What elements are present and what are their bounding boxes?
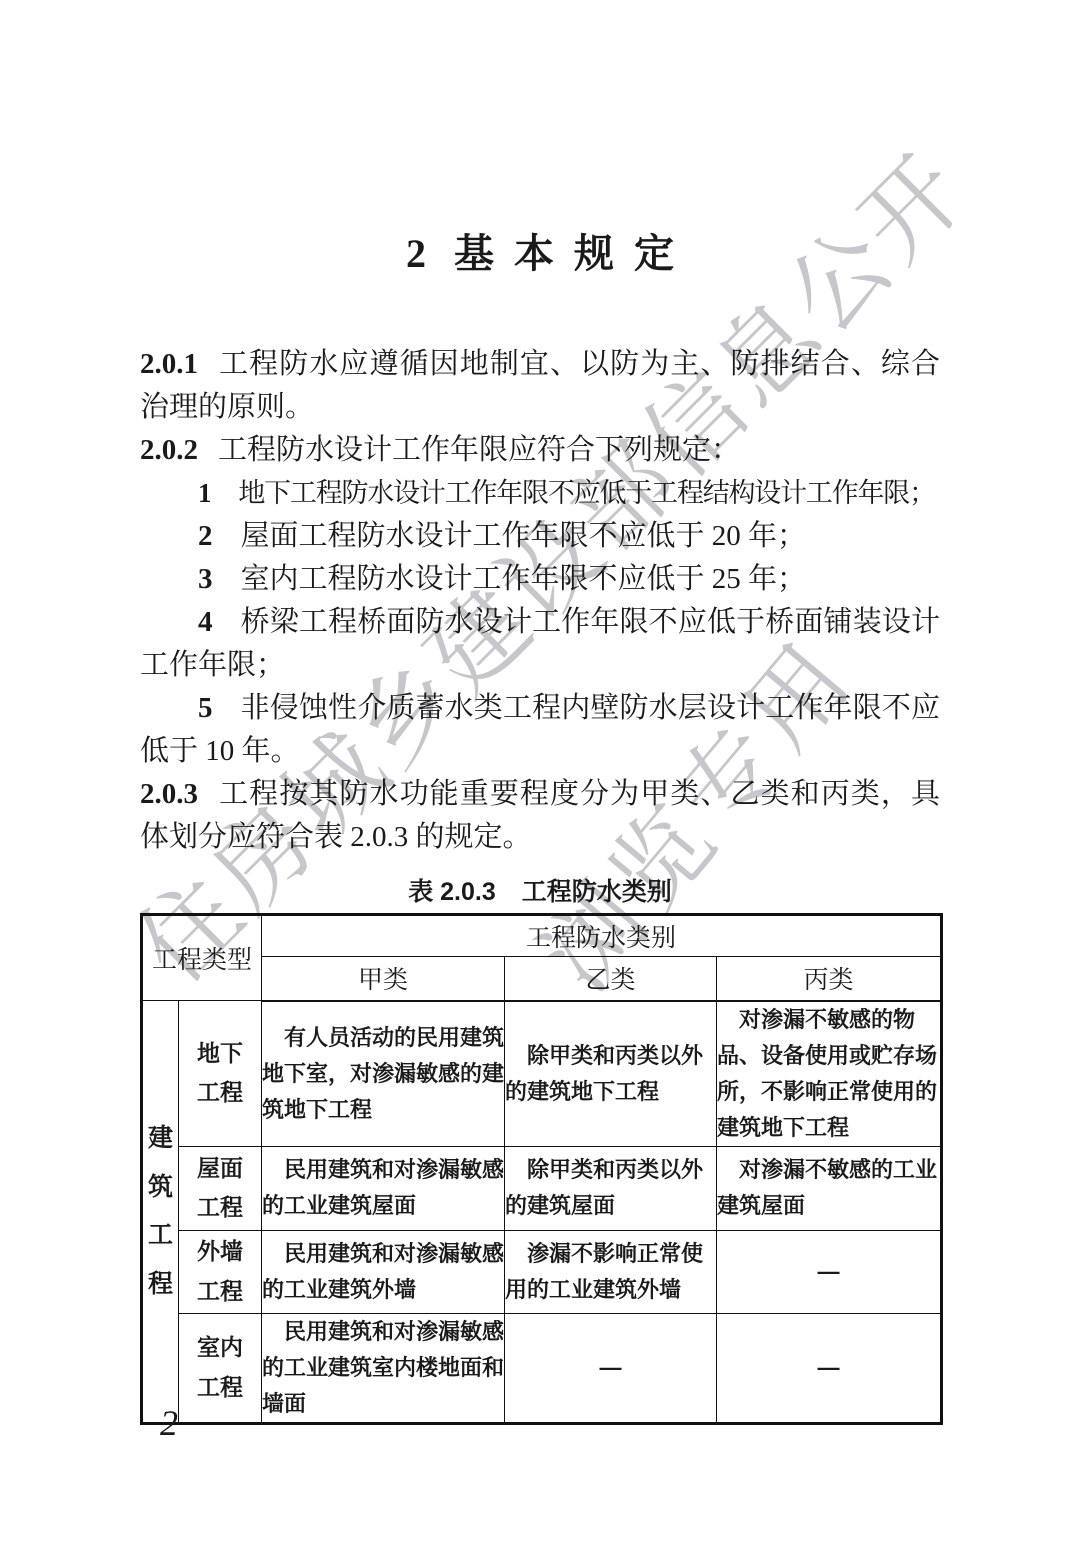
cell-indoor-class-b: — [505,1313,717,1423]
table-header-class-a: 甲类 [262,957,505,1001]
clause-2-0-2-item-3: 3室内工程防水设计工作年限不应低于 25 年； [140,558,940,601]
item-number: 1 [198,478,210,508]
page-content: 2基本规定 2.0.1工程防水应遵循因地制宜、以防为主、防排结合、综合治理的原则… [140,222,940,1425]
table-row: 室内工程 民用建筑和对渗漏敏感的工业建筑室内楼地面和墙面 — — [142,1313,942,1423]
item-text: 地下工程防水设计工作年限不应低于工程结构设计工作年限； [238,478,935,508]
cell-underground-class-a: 有人员活动的民用建筑地下室，对渗漏敏感的建筑地下工程 [262,1001,505,1147]
row-group-label: 建筑工程 [148,1114,173,1309]
table-header-class-group: 工程防水类别 [262,915,942,957]
item-number: 5 [198,692,213,724]
page-number: 2 [160,1402,178,1444]
item-number: 2 [198,520,213,552]
item-number: 3 [198,563,213,595]
cell-underground-class-b: 除甲类和丙类以外的建筑地下工程 [505,1001,717,1147]
cell-roof-class-b: 除甲类和丙类以外的建筑屋面 [505,1146,717,1230]
table-caption-title: 工程防水类别 [522,878,672,906]
clause-text: 工程防水应遵循因地制宜、以防为主、防排结合、综合治理的原则。 [140,348,940,423]
cell-wall-class-c: — [717,1230,942,1313]
cell-indoor-class-c: — [717,1313,942,1423]
clause-2-0-3: 2.0.3工程按其防水功能重要程度分为甲类、乙类和丙类，具体划分应符合表 2.0… [140,773,940,859]
item-text: 屋面工程防水设计工作年限不应低于 20 年； [241,520,807,552]
item-text: 非侵蚀性介质蓄水类工程内壁防水层设计工作年限不应低于 10 年。 [140,692,940,767]
item-text: 桥梁工程桥面防水设计工作年限不应低于桥面铺装设计工作年限； [140,606,940,681]
clause-number: 2.0.2 [140,434,198,466]
clause-number: 2.0.1 [140,348,198,380]
clause-2-0-2-item-5: 5非侵蚀性介质蓄水类工程内壁防水层设计工作年限不应低于 10 年。 [140,687,940,773]
row-label-exterior-wall: 外墙工程 [179,1230,262,1313]
table-row: 屋面工程 民用建筑和对渗漏敏感的工业建筑屋面 除甲类和丙类以外的建筑屋面 对渗漏… [142,1146,942,1230]
row-group-building-works: 建筑工程 [142,1001,179,1424]
clause-2-0-2-item-1: 1地下工程防水设计工作年限不应低于工程结构设计工作年限； [140,472,940,515]
cell-roof-class-c: 对渗漏不敏感的工业建筑屋面 [717,1146,942,1230]
table-header-class-c: 丙类 [717,957,942,1001]
chapter-number: 2 [406,231,426,276]
cell-underground-class-c: 对渗漏不敏感的物品、设备使用或贮存场所，不影响正常使用的建筑地下工程 [717,1001,942,1147]
waterproofing-class-table: 工程类型 工程防水类别 甲类 乙类 丙类 建筑工程 地下工程 有人员活动的民用建… [140,913,943,1425]
table-caption: 表 2.0.3工程防水类别 [140,873,940,911]
table-header-class-b: 乙类 [505,957,717,1001]
clause-2-0-2-item-4: 4桥梁工程桥面防水设计工作年限不应低于桥面铺装设计工作年限； [140,601,940,687]
item-text: 室内工程防水设计工作年限不应低于 25 年； [241,563,807,595]
clause-2-0-1: 2.0.1工程防水应遵循因地制宜、以防为主、防排结合、综合治理的原则。 [140,343,940,429]
table-row: 外墙工程 民用建筑和对渗漏敏感的工业建筑外墙 渗漏不影响正常使用的工业建筑外墙 … [142,1230,942,1313]
cell-wall-class-b: 渗漏不影响正常使用的工业建筑外墙 [505,1230,717,1313]
chapter-title: 2基本规定 [140,222,940,279]
clause-text: 工程防水设计工作年限应符合下列规定： [218,434,740,466]
clause-2-0-2-item-2: 2屋面工程防水设计工作年限不应低于 20 年； [140,515,940,558]
table-header-project-type: 工程类型 [142,915,262,1001]
clause-2-0-2: 2.0.2工程防水设计工作年限应符合下列规定： [140,429,940,472]
cell-indoor-class-a: 民用建筑和对渗漏敏感的工业建筑室内楼地面和墙面 [262,1313,505,1423]
cell-roof-class-a: 民用建筑和对渗漏敏感的工业建筑屋面 [262,1146,505,1230]
row-label-underground: 地下工程 [179,1001,262,1147]
clause-number: 2.0.3 [140,778,198,810]
table-caption-number: 表 2.0.3 [408,878,496,906]
row-label-roof: 屋面工程 [179,1146,262,1230]
table-row: 建筑工程 地下工程 有人员活动的民用建筑地下室，对渗漏敏感的建筑地下工程 除甲类… [142,1001,942,1147]
cell-wall-class-a: 民用建筑和对渗漏敏感的工业建筑外墙 [262,1230,505,1313]
item-number: 4 [198,606,213,638]
row-label-indoor: 室内工程 [179,1313,262,1423]
document-page: 住房城乡建设部信息公开 浏览专用 2基本规定 2.0.1工程防水应遵循因地制宜、… [0,0,1080,1563]
clause-text: 工程按其防水功能重要程度分为甲类、乙类和丙类，具体划分应符合表 2.0.3 的规… [140,778,940,853]
chapter-title-text: 基本规定 [454,231,694,276]
